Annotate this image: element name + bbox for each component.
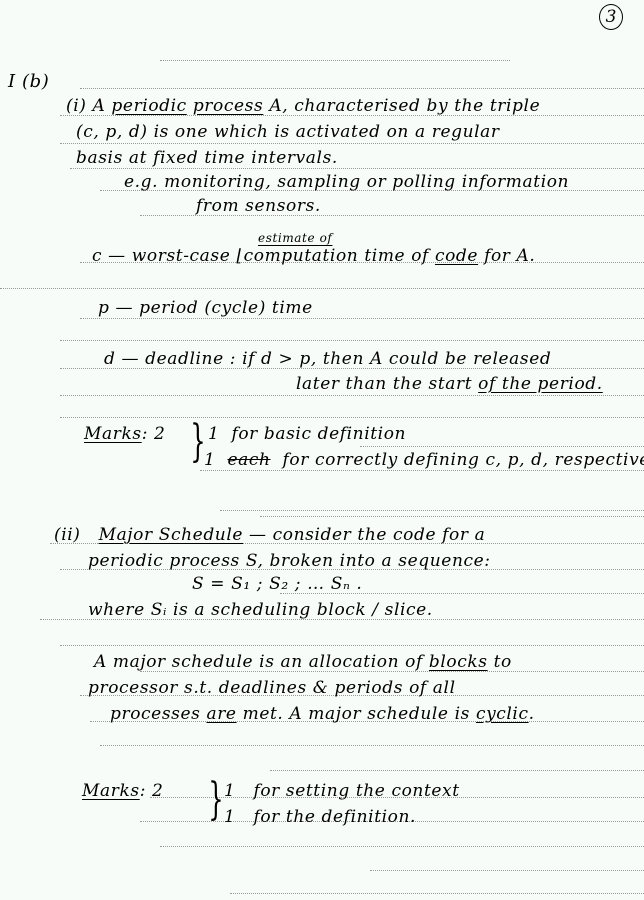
- rule-line: [360, 446, 644, 447]
- text: — consider the code for a: [243, 525, 485, 545]
- text: computation time of: [244, 246, 435, 266]
- text: c — worst-case: [92, 246, 236, 266]
- marks-total: : 2: [140, 781, 164, 801]
- part-i-line-1: (i) A periodic process A, characterised …: [66, 96, 540, 116]
- term-process: process: [193, 96, 263, 116]
- sequence-formula: S = S₁ ; S₂ ; … Sₙ .: [192, 574, 362, 594]
- term-blocks: blocks: [429, 652, 488, 672]
- term-cyclic: cyclic: [476, 704, 529, 724]
- c-definition: c — worst-case ⌊computation time of code…: [92, 246, 535, 266]
- d-definition-line-1: d — deadline : if d > p, then A could be…: [104, 349, 551, 369]
- marks-item-1: 1 for basic definition: [208, 424, 406, 444]
- text: Marks: [84, 424, 142, 444]
- rule-line: [200, 470, 644, 471]
- part-ii-line-2: periodic process S, broken into a sequen…: [88, 551, 491, 571]
- d-definition-line-2: later than the start of the period.: [296, 374, 603, 394]
- rule-line: [100, 745, 644, 746]
- definition-line-1: A major schedule is an allocation of blo…: [94, 652, 512, 672]
- term-periodic: periodic: [111, 96, 186, 116]
- rule-line: [270, 770, 644, 771]
- part-i-line-2: (c, p, d) is one which is activated on a…: [76, 122, 500, 142]
- rule-line: [160, 846, 644, 847]
- rule-line: [80, 318, 644, 319]
- rule-line: [220, 510, 644, 511]
- text: processes: [110, 704, 206, 724]
- section-label: I (b): [8, 72, 49, 92]
- example-line-1: e.g. monitoring, sampling or polling inf…: [124, 172, 569, 192]
- marks-total: : 2: [142, 424, 166, 444]
- example-line-2: from sensors.: [196, 196, 321, 216]
- rule-line: [60, 417, 644, 418]
- rule-line: [0, 288, 644, 289]
- part-i-label: (i): [66, 96, 87, 116]
- text: to: [488, 652, 512, 672]
- text: met. A major schedule is: [237, 704, 476, 724]
- text: for A.: [478, 246, 535, 266]
- part-ii-line-4: where Sᵢ is a scheduling block / slice.: [88, 600, 433, 620]
- text: for correctly defining c, p, d, respecti…: [283, 450, 644, 470]
- text: .: [529, 704, 535, 724]
- term-code: code: [435, 246, 478, 266]
- mark-value: 1: [204, 450, 215, 470]
- rule-line: [60, 143, 644, 144]
- rule-line: [260, 516, 644, 517]
- marks-item-2: 1 for the definition.: [224, 807, 416, 827]
- text: A, characterised by the triple: [263, 96, 540, 116]
- rule-line: [60, 340, 644, 341]
- rule-line: [230, 893, 644, 894]
- marks-label: Marks: 2: [82, 781, 163, 801]
- rule-line: [60, 645, 644, 646]
- rule-line: [60, 395, 644, 396]
- p-definition: p — period (cycle) time: [98, 298, 313, 318]
- c-insert-annotation: estimate of: [258, 228, 332, 248]
- rule-line: [70, 168, 644, 169]
- definition-line-2: processor s.t. deadlines & periods of al…: [88, 678, 456, 698]
- term-are: are: [206, 704, 236, 724]
- term-period: of the period.: [478, 374, 603, 394]
- part-ii-label: (ii): [54, 525, 81, 545]
- mark-value: 1: [224, 781, 235, 801]
- text: later than the start: [296, 374, 478, 394]
- mark-value: 1: [208, 424, 219, 444]
- text: A: [93, 96, 112, 116]
- part-i-line-3: basis at fixed time intervals.: [76, 148, 338, 168]
- rule-line: [80, 88, 644, 89]
- term-major-schedule: Major Schedule: [99, 525, 243, 545]
- text: for setting the context: [253, 781, 459, 801]
- marks-label: Marks: 2: [84, 424, 165, 444]
- struck-text: each: [227, 450, 270, 470]
- marks-item-2: 1 each for correctly defining c, p, d, r…: [204, 450, 644, 470]
- rule-line: [370, 870, 644, 871]
- mark-value: 1: [224, 807, 235, 827]
- brace: }: [208, 778, 223, 822]
- page-number: 3: [599, 4, 623, 30]
- definition-line-3: processes are met. A major schedule is c…: [110, 704, 535, 724]
- marks-item-1: 1 for setting the context: [224, 781, 460, 801]
- part-ii-line-1: (ii) Major Schedule — consider the code …: [54, 525, 485, 545]
- caret-mark: ⌊: [236, 246, 243, 266]
- text: A major schedule is an allocation of: [94, 652, 429, 672]
- text: for the definition.: [253, 807, 416, 827]
- text: for basic definition: [231, 424, 406, 444]
- text: Marks: [82, 781, 140, 801]
- rule-line: [160, 60, 510, 61]
